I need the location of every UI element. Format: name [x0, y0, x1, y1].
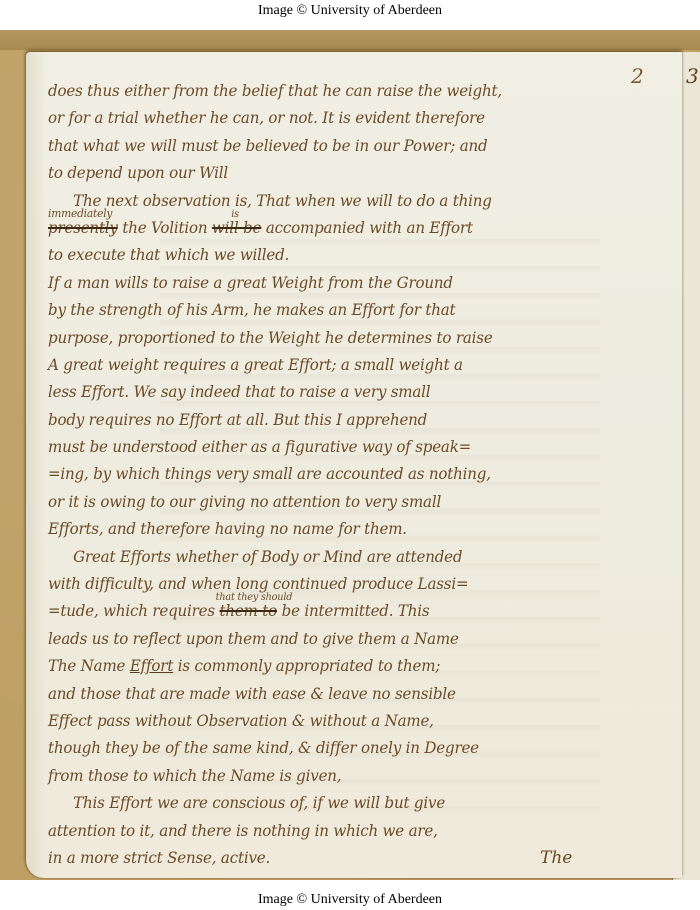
text-line: body requires no Effort at all. But this… — [48, 407, 608, 434]
manuscript-text: does thus either from the belief that he… — [48, 78, 628, 872]
copyright-caption-bottom: Image © University of Aberdeen — [0, 880, 700, 910]
text-line: purpose, proportioned to the Weight he d… — [48, 325, 608, 352]
text-line: must be understood either as a figurativ… — [48, 434, 608, 461]
text-line: If a man wills to raise a great Weight f… — [48, 270, 608, 297]
text-line: Great Efforts whether of Body or Mind ar… — [48, 544, 608, 571]
text-line: in a more strict Sense, active. — [48, 845, 608, 872]
copyright-caption-top: Image © University of Aberdeen — [0, 0, 700, 30]
struck-word: presently — [48, 219, 118, 237]
struck-word: them to — [220, 602, 278, 620]
text-line: Efforts, and therefore having no name fo… — [48, 516, 608, 543]
text-line: A great weight requires a great Effort; … — [48, 352, 608, 379]
text-fragment: be intermitted. This — [277, 602, 429, 620]
text-line: does thus either from the belief that he… — [48, 78, 608, 105]
underlined-word: Effort — [130, 657, 173, 675]
text-fragment: is commonly appropriated to them; — [173, 657, 440, 675]
text-line: or for a trial whether he can, or not. I… — [48, 105, 608, 132]
text-line: to depend upon our Will — [48, 160, 608, 187]
struck-word: will be — [212, 219, 261, 237]
text-line: with difficulty, and when long continued… — [48, 571, 608, 598]
text-line: attention to it, and there is nothing in… — [48, 818, 608, 845]
text-line: less Effort. We say indeed that to raise… — [48, 379, 608, 406]
text-line: and those that are made with ease & leav… — [48, 681, 608, 708]
binding-board — [0, 30, 700, 50]
text-line: or it is owing to our giving no attentio… — [48, 489, 608, 516]
interlinear-insertion: immediately — [48, 209, 112, 219]
text-fragment: =tude, which requires — [48, 602, 220, 620]
text-line-with-correction: immediately presently the Volition iswil… — [48, 215, 608, 242]
interlinear-insertion: is — [231, 210, 239, 220]
text-line: to execute that which we willed. — [48, 242, 608, 269]
text-line: that what we will must be believed to be… — [48, 133, 608, 160]
manuscript-scan: 2 3 does thus either from the belief tha… — [0, 30, 700, 880]
page-number-right: 3 — [686, 64, 699, 88]
text-fragment: accompanied with an Effort — [261, 219, 472, 237]
text-line: though they be of the same kind, & diffe… — [48, 735, 608, 762]
text-fragment: the Volition — [118, 219, 212, 237]
text-line: This Effort we are conscious of, if we w… — [48, 790, 608, 817]
text-line: leads us to reflect upon them and to giv… — [48, 626, 608, 653]
text-line: =ing, by which things very small are acc… — [48, 461, 608, 488]
text-line: Effect pass without Observation & withou… — [48, 708, 608, 735]
catchword: The — [540, 848, 572, 868]
text-line-with-correction: =tude, which requires that they shouldth… — [48, 598, 608, 625]
text-line: by the strength of his Arm, he makes an … — [48, 297, 608, 324]
text-line: The next observation is, That when we wi… — [48, 188, 608, 215]
text-line-with-underline: The Name Effort is commonly appropriated… — [48, 653, 608, 680]
text-fragment: The Name — [48, 657, 130, 675]
interlinear-insertion: that they should — [216, 593, 293, 603]
page-number-left: 2 — [631, 64, 644, 88]
text-line: from those to which the Name is given, — [48, 763, 608, 790]
